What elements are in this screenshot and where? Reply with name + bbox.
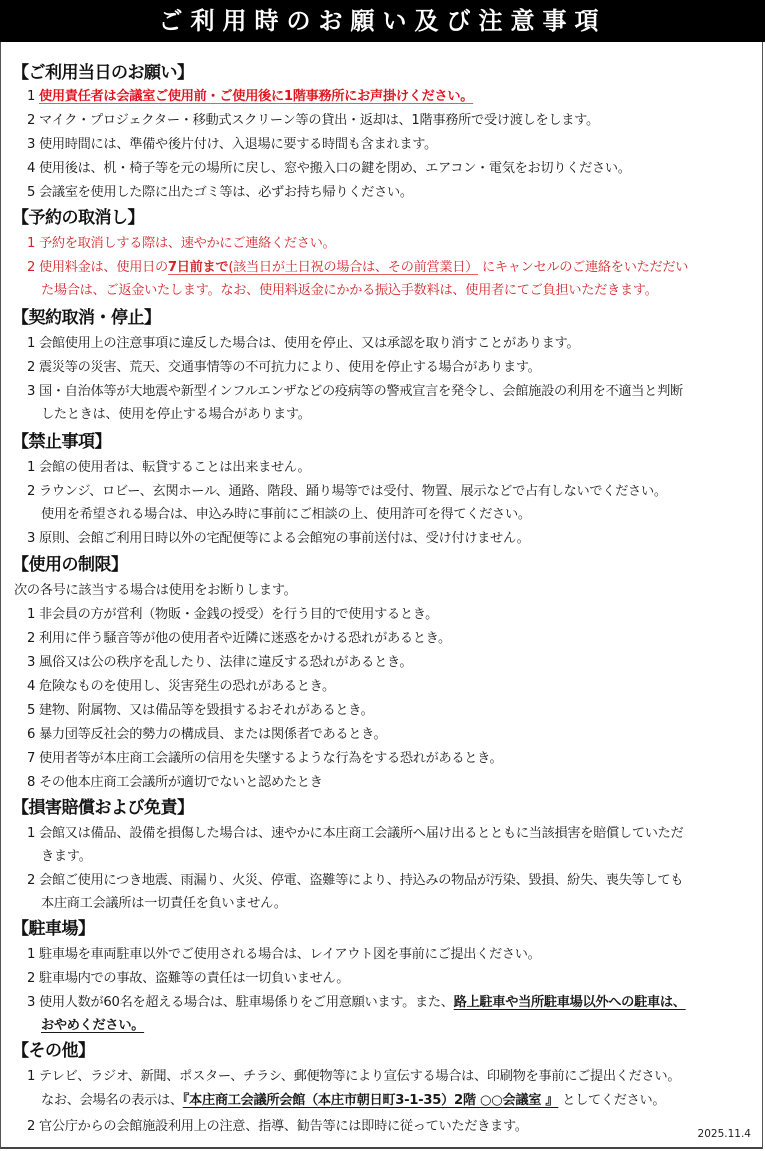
list-item: 5 会議室を使用した際に出たゴミ等は、必ずお持ち帰りください。 [27, 181, 413, 200]
list-item: 2 マイク・プロジェクター・移動式スクリーン等の貸出・返却は、1階事務所で受け渡… [27, 109, 599, 128]
important-notice: 使用責任者は会議室ご使用前・ご使用後に1階事務所にお声掛けください。 [39, 89, 473, 104]
section-intro: 次の各号に該当する場合は使用をお断りします。 [14, 579, 296, 598]
list-item: 3 原則、会館ご利用日時以外の宅配便等による会館宛の事前送付は、受け付けません。 [27, 527, 530, 546]
list-item: 1 会館使用上の注意事項に違反した場合は、使用を停止、又は承認を取り消すことがあ… [27, 332, 579, 351]
list-item: 1 テレビ、ラジオ、新聞、ポスター、チラシ、郵便物等により宣伝する場合は、印刷物… [27, 1065, 680, 1084]
list-item-continued: したときは、使用を停止する場合があります。 [41, 403, 311, 422]
list-item: 4 危険なものを使用し、災害発生の恐れがあるとき。 [27, 675, 335, 694]
section-heading-prohibited: 【禁止事項】 [12, 427, 111, 452]
list-item-continued: 本庄商工会議所は一切責任を負いません。 [41, 892, 287, 911]
venue-name: 『本庄商工会議所会館（本庄市朝日町3-1-35）2階 ○○会議室 』 [183, 1093, 559, 1108]
list-item: 1 会館又は備品、設備を損傷した場合は、速やかに本庄商工会議所へ届け出るとともに… [27, 822, 683, 841]
section-heading-damages: 【損害賠償および免責】 [12, 793, 194, 818]
list-item: 1 使用責任者は会議室ご使用前・ご使用後に1階事務所にお声掛けください。 [27, 85, 473, 104]
list-item-continued: 使用を希望される場合は、申込み時に事前にご相談の上、使用許可を得てください。 [41, 503, 531, 522]
list-item: 8 その他本庄商工会議所が適切でないと認めたとき [27, 771, 323, 790]
section-heading-parking: 【駐車場】 [12, 914, 95, 939]
list-item: 1 会館の使用者は、転貸することは出来ません。 [27, 456, 310, 475]
list-item: 2 利用に伴う騒音等が他の使用者や近隣に迷惑をかける恐れがあるとき。 [27, 627, 451, 646]
list-item-continued: おやめください。 [41, 1014, 144, 1033]
list-item: 2 官公庁からの会館施設利用上の注意、指導、勧告等には即時に従っていただきます。 [27, 1115, 528, 1134]
list-item: 6 暴力団等反社会的勢力の構成員、または関係者であるとき。 [27, 723, 386, 742]
list-item: 2 ラウンジ、ロビー、玄関ホール、通路、階段、踊り場等では受付、物置、展示などで… [27, 480, 667, 499]
page-title: ご利用時のお願い及び注意事項 [0, 0, 765, 42]
list-item-continued: きます。 [41, 845, 92, 864]
section-heading-restrictions: 【使用の制限】 [12, 550, 128, 575]
list-item: 1 予約を取消しする際は、速やかにご連絡ください。 [27, 232, 335, 251]
list-item: 1 非会員の方が営利（物販・金銭の授受）を行う目的で使用するとき。 [27, 603, 438, 622]
section-heading-cancellation: 【予約の取消し】 [12, 203, 144, 228]
list-item: 2 駐車場内での事故、盗難等の責任は一切負いません。 [27, 967, 349, 986]
list-item: 2 震災等の災害、荒天、交通事情等の不可抗力により、使用を停止する場合があります… [27, 356, 541, 375]
section-heading-other: 【その他】 [12, 1036, 95, 1061]
list-item-continued: なお、会場名の表示は、『本庄商工会議所会館（本庄市朝日町3-1-35）2階 ○○… [41, 1089, 665, 1108]
list-item: 1 駐車場を車両駐車以外でご使用される場合は、レイアウト図を事前にご提出ください… [27, 943, 541, 962]
document-date: 2025.11.4 [698, 1128, 751, 1140]
list-item: 5 建物、附属物、又は備品等を毀損するおそれがあるとき。 [27, 699, 374, 718]
list-item: 4 使用後は、机・椅子等を元の場所に戻し、窓や搬入口の鍵を閉め、エアコン・電気を… [27, 157, 631, 176]
list-item: 3 使用人数が60名を超える場合は、駐車場係りをご用意願います。また、路上駐車や… [27, 991, 686, 1010]
list-item: 2 会館ご使用につき地震、雨漏り、火災、停電、盗難等により、持込みの物品が汚染、… [27, 869, 683, 888]
list-item: 7 使用者等が本庄商工会議所の信用を失墜するような行為をする恐れがあるとき。 [27, 747, 502, 766]
list-item: 3 使用時間には、準備や後片付け、入退場に要する時間も含まれます。 [27, 133, 437, 152]
section-heading-usage-day: 【ご利用当日のお願い】 [12, 58, 194, 83]
list-item: 3 国・自治体等が大地震や新型インフルエンザなどの疫病等の警戒宣言を発令し、会館… [27, 380, 683, 399]
list-item: 2 使用料金は、使用日の7日前まで(該当日が土日祝の場合は、その前営業日） にキ… [27, 256, 688, 275]
list-item: 3 風俗又は公の秩序を乱したり、法律に違反する恐れがあるとき。 [27, 651, 412, 670]
section-heading-contract-stop: 【契約取消・停止】 [12, 303, 161, 328]
list-item-continued: た場合は、ご返金いたします。なお、使用料返金にかかる振込手数料は、使用者にてご負… [41, 279, 657, 298]
